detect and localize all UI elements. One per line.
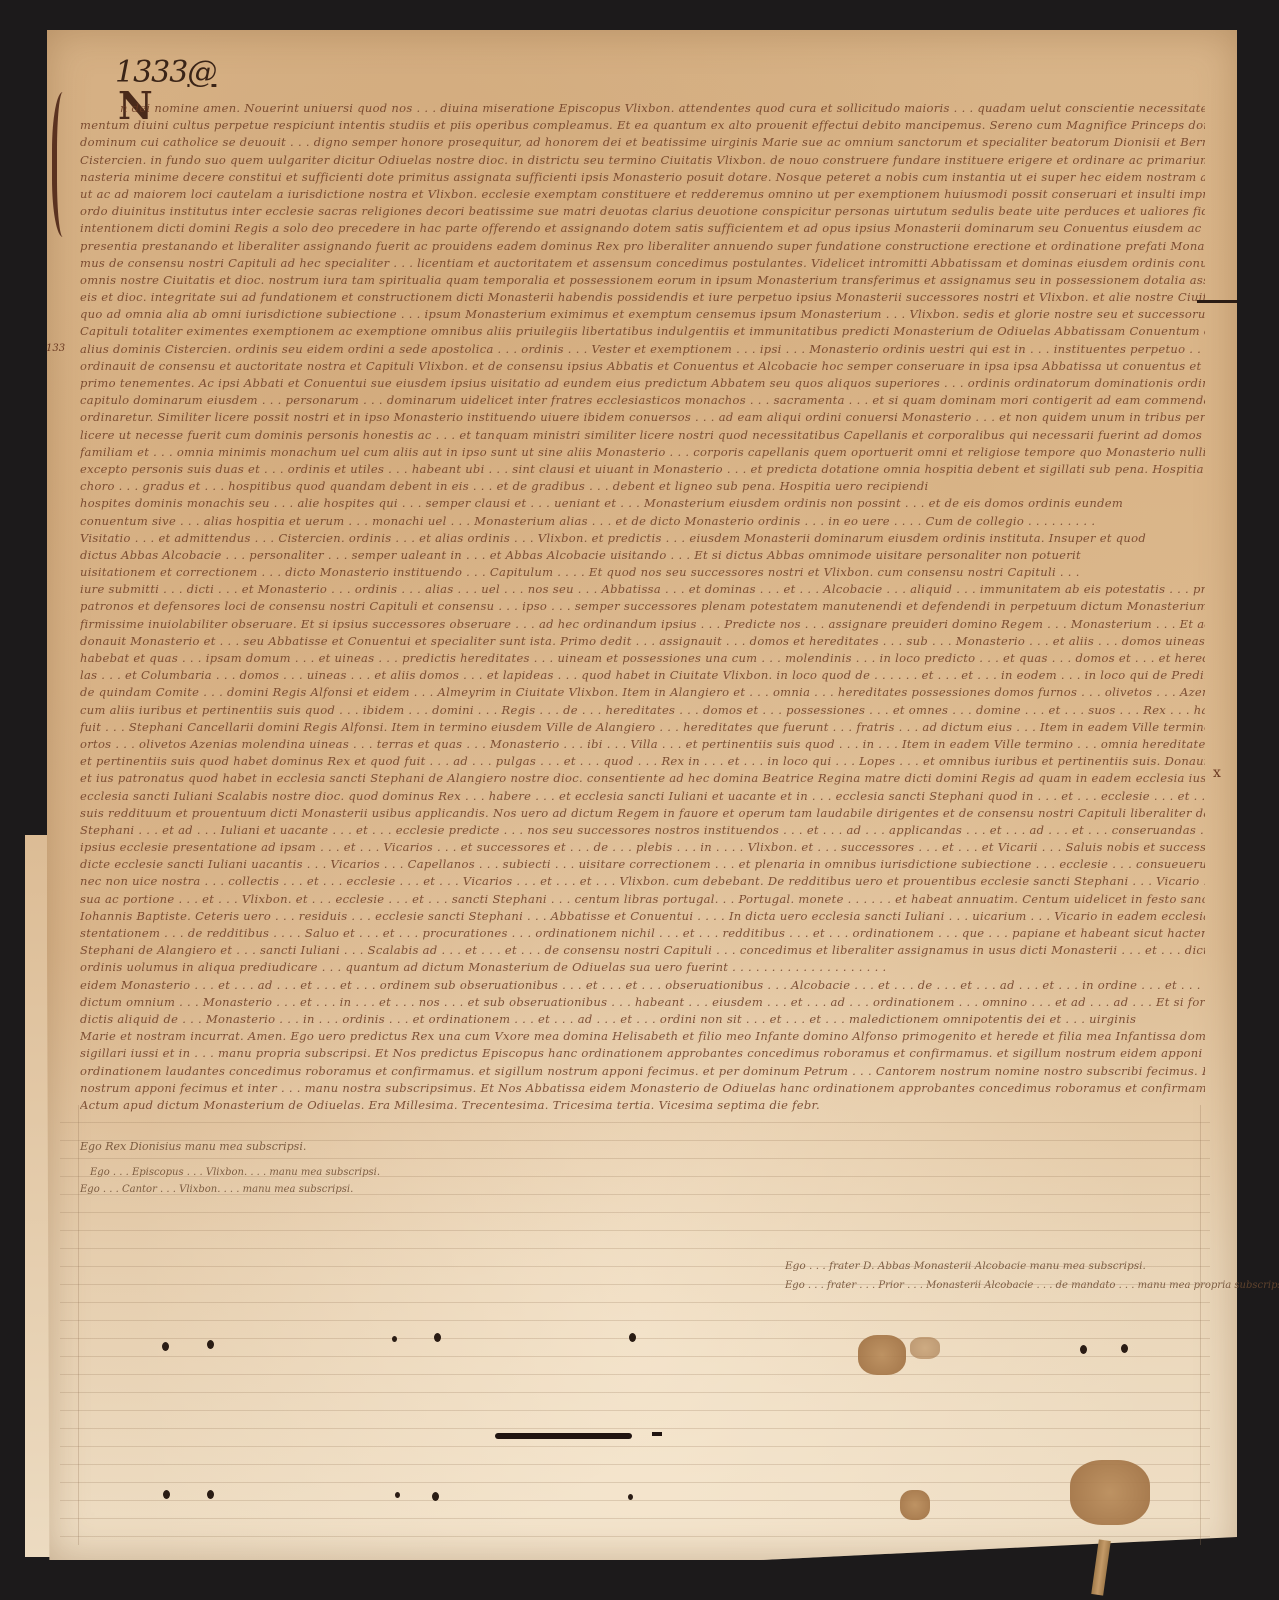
charter-line: et ius patronatus quod habet in ecclesia… <box>80 770 1205 787</box>
charter-line: Stephani . . . et ad . . . Iuliani et ua… <box>80 822 1205 839</box>
charter-line: habebat et quas . . . ipsam domum . . . … <box>80 650 1205 667</box>
charter-line: ecclesia sancti Iuliani Scalabis nostre … <box>80 788 1205 805</box>
seal-hole <box>629 1333 636 1342</box>
signature-cantor: Ego . . . Cantor . . . Vlixbon. . . . ma… <box>80 1184 353 1195</box>
seal-cord <box>1091 1539 1111 1595</box>
seal-hole <box>207 1490 214 1499</box>
decorated-initial-i <box>52 92 79 237</box>
charter-line: ortos . . . olivetos Azenias molendina u… <box>80 736 1205 753</box>
seal-thread-remnant <box>910 1337 940 1359</box>
charter-line: licere ut necesse fuerit cum dominis per… <box>80 427 1205 444</box>
edge-tear-mark <box>1197 300 1237 303</box>
seal-thread-remnant <box>858 1335 906 1375</box>
seal-hole <box>163 1490 170 1499</box>
seal-thread-remnant <box>1070 1460 1150 1525</box>
charter-line: firmissime inuiolabiliter obseruare. Et … <box>80 616 1205 633</box>
charter-line: nasteria minime decere constitui et suff… <box>80 169 1205 186</box>
marginal-note: 133 <box>46 343 65 354</box>
charter-line: eidem Monasterio . . . et . . . ad . . .… <box>80 977 1205 994</box>
charter-line: uisitationem et correctionem . . . dicto… <box>80 564 1205 581</box>
charter-line: de quindam Comite . . . domini Regis Alf… <box>80 684 1205 701</box>
charter-line: iure submitti . . . dicti . . . et Monas… <box>80 581 1205 598</box>
charter-line: stentationem . . . de redditibus . . . .… <box>80 925 1205 942</box>
charter-line: mentum diuini cultus perpetue respiciunt… <box>80 117 1205 134</box>
charter-line: Marie et nostram incurrat. Amen. Ego uer… <box>80 1028 1205 1045</box>
seal-hole <box>432 1492 439 1501</box>
charter-line: Actum apud dictum Monasterium de Odiuela… <box>80 1097 1205 1114</box>
charter-line: fuit . . . Stephani Cancellarii domini R… <box>80 719 1205 736</box>
charter-line: primo tenementes. Ac ipsi Abbati et Conu… <box>80 375 1205 392</box>
charter-line: omnis nostre Ciuitatis et dioc. nostrum … <box>80 272 1205 289</box>
charter-line: hospites dominis monachis seu . . . alie… <box>80 495 1205 512</box>
charter-body-text: n dei nomine amen. Nouerint uniuersi quo… <box>80 100 1205 1114</box>
seal-hole <box>434 1333 441 1342</box>
charter-line: ordinauit de consensu et auctoritate nos… <box>80 358 1205 375</box>
charter-line: quo ad omnia alia ab omni iurisdictione … <box>80 306 1205 323</box>
seal-thread-remnant <box>900 1490 930 1520</box>
charter-line: ordinationem laudantes concedimus robora… <box>80 1063 1205 1080</box>
margin-rule-right <box>1200 1105 1201 1545</box>
margin-rule-left <box>78 1105 79 1545</box>
charter-line: dictum omnium . . . Monasterio . . . et … <box>80 994 1205 1011</box>
charter-line: eis et dioc. integritate sui ad fundatio… <box>80 289 1205 306</box>
seal-hole <box>392 1336 397 1342</box>
charter-line: las . . . et Columbaria . . . domos . . … <box>80 667 1205 684</box>
charter-line: dictus Abbas Alcobacie . . . personalite… <box>80 547 1205 564</box>
seal-hole <box>1121 1344 1128 1353</box>
charter-line: mus de consensu nostri Capituli ad hec s… <box>80 255 1205 272</box>
charter-line: patronos et defensores loci de consensu … <box>80 598 1205 615</box>
charter-line: choro . . . gradus et . . . hospitibus q… <box>80 478 1205 495</box>
charter-line: ordo diuinitus institutus inter ecclesie… <box>80 203 1205 220</box>
charter-line: alius dominis Cistercien. ordinis seu ei… <box>80 341 1205 358</box>
seal-hole <box>628 1494 633 1500</box>
charter-line: ordinis uolumus in aliqua prediudicare .… <box>80 959 1205 976</box>
seal-slit-small <box>652 1432 662 1436</box>
charter-line: donauit Monasterio et . . . seu Abbatiss… <box>80 633 1205 650</box>
charter-line: dictis aliquid de . . . Monasterio . . .… <box>80 1011 1205 1028</box>
charter-line: Iohannis Baptiste. Ceteris uero . . . re… <box>80 908 1205 925</box>
charter-line: sua ac portione . . . et . . . Vlixbon. … <box>80 891 1205 908</box>
charter-line: excepto personis suis duas et . . . ordi… <box>80 461 1205 478</box>
signature-prior: Ego . . . frater . . . Prior . . . Monas… <box>785 1280 1279 1291</box>
signature-king: Ego Rex Dionisius manu mea subscripsi. <box>80 1140 306 1153</box>
charter-line: Cistercien. in fundo suo quem uulgariter… <box>80 152 1205 169</box>
charter-line: ordinaretur. Similiter licere possit nos… <box>80 409 1205 426</box>
signature-bishop: Ego . . . Episcopus . . . Vlixbon. . . .… <box>90 1167 380 1178</box>
charter-line: cum aliis iuribus et pertinentiis suis q… <box>80 702 1205 719</box>
seal-hole <box>1080 1345 1087 1354</box>
charter-line: n dei nomine amen. Nouerint uniuersi quo… <box>80 100 1205 117</box>
charter-line: Visitatio . . . et admittendus . . . Cis… <box>80 530 1205 547</box>
seal-hole <box>162 1342 169 1351</box>
charter-line: dominum cui catholice se deuouit . . . d… <box>80 134 1205 151</box>
charter-line: capitulo dominarum eiusdem . . . persona… <box>80 392 1205 409</box>
charter-line: conuentum sive . . . alias hospitia et u… <box>80 513 1205 530</box>
signature-abbot: Ego . . . frater D. Abbas Monasterii Alc… <box>785 1260 1146 1272</box>
charter-line: ut ac ad maiorem loci cautelam a iurisdi… <box>80 186 1205 203</box>
charter-line: familiam et . . . omnia minimis monachum… <box>80 444 1205 461</box>
era-suffix: @ <box>187 55 216 90</box>
charter-line: nec non uice nostra . . . collectis . . … <box>80 873 1205 890</box>
charter-line: sigillari iussi et in . . . manu propria… <box>80 1045 1205 1062</box>
seal-hole <box>395 1492 400 1498</box>
charter-line: nostrum apponi fecimus et inter . . . ma… <box>80 1080 1205 1097</box>
charter-line: Capituli totaliter eximentes exemptionem… <box>80 323 1205 340</box>
charter-line: intentionem dicti domini Regis a solo de… <box>80 220 1205 237</box>
marginal-cross-mark: x <box>1213 765 1221 781</box>
charter-line: dicte ecclesie sancti Iuliani uacantis .… <box>80 856 1205 873</box>
charter-line: suis reddituum et prouentuum dicti Monas… <box>80 805 1205 822</box>
seal-hole <box>207 1340 214 1349</box>
charter-line: ipsius ecclesie presentatione ad ipsam .… <box>80 839 1205 856</box>
seal-slit <box>495 1433 632 1439</box>
charter-line: et pertinentiis suis quod habet dominus … <box>80 753 1205 770</box>
charter-line: presentia prestanando et liberaliter ass… <box>80 238 1205 255</box>
charter-line: Stephani de Alangiero et . . . sancti Iu… <box>80 942 1205 959</box>
